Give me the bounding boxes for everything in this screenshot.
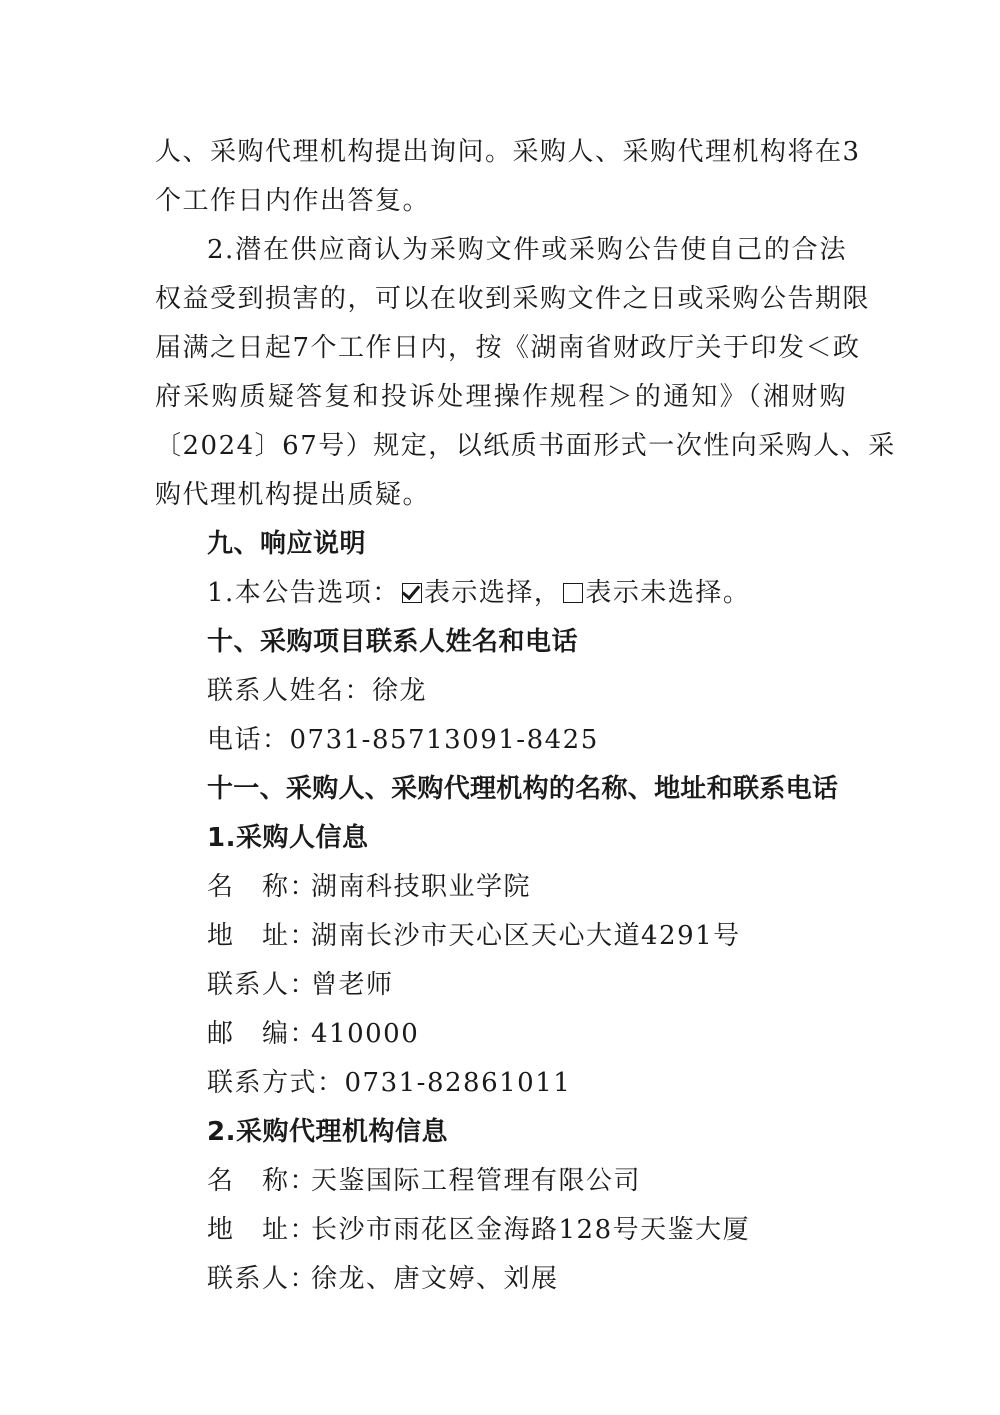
purchaser-postcode: 邮 编：410000 xyxy=(207,1018,907,1050)
option-prefix: 1.本公告选项： xyxy=(207,578,400,608)
paragraph-challenge-line-1: 2.潜在供应商认为采购文件或采购公告使自己的合法 xyxy=(207,234,847,266)
paragraph-inquiry-line-2: 个工作日内作出答复。 xyxy=(155,185,855,217)
agency-info-heading: 2.采购代理机构信息 xyxy=(207,1116,907,1148)
purchaser-info-heading: 1.采购人信息 xyxy=(207,822,907,854)
purchaser-contact: 联系人：曾老师 xyxy=(207,969,907,1001)
unchecked-meaning: 表示未选择。 xyxy=(585,578,750,608)
agency-contact-label: 联系人： xyxy=(207,1263,311,1295)
section-9-item-1: 1.本公告选项：表示选择，表示未选择。 xyxy=(207,577,907,609)
agency-contact: 联系人：徐龙、唐文婷、刘展 xyxy=(207,1263,907,1295)
purchaser-address-value: 湖南长沙市天心区天心大道4291号 xyxy=(311,921,741,951)
agency-name: 名 称：天鉴国际工程管理有限公司 xyxy=(207,1165,907,1197)
document-page: 人、采购代理机构提出询问。采购人、采购代理机构将在3 个工作日内作出答复。 2.… xyxy=(0,0,1000,1415)
purchaser-phone-value: 0731-82861011 xyxy=(345,1068,572,1098)
agency-contact-value: 徐龙、唐文婷、刘展 xyxy=(311,1264,559,1294)
paragraph-challenge-line-6: 购代理机构提出质疑。 xyxy=(155,479,855,511)
section-11-heading: 十一、采购人、采购代理机构的名称、地址和联系电话 xyxy=(207,773,907,805)
purchaser-contact-value: 曾老师 xyxy=(311,970,394,1000)
purchaser-postcode-label: 邮 编： xyxy=(207,1018,311,1050)
purchaser-address: 地 址：湖南长沙市天心区天心大道4291号 xyxy=(207,920,907,952)
checked-meaning: 表示选择， xyxy=(424,578,562,608)
purchaser-name: 名 称：湖南科技职业学院 xyxy=(207,871,907,903)
agency-name-label: 名 称： xyxy=(207,1165,311,1197)
purchaser-phone: 联系方式：0731-82861011 xyxy=(207,1067,907,1099)
paragraph-challenge-line-3: 届满之日起7个工作日内，按《湖南省财政厅关于印发＜政 xyxy=(155,332,847,364)
purchaser-name-label: 名 称： xyxy=(207,871,311,903)
phone-label: 电话： xyxy=(207,725,290,755)
checked-box-icon xyxy=(402,583,422,603)
project-contact-name: 联系人姓名：徐龙 xyxy=(207,675,907,707)
agency-address-label: 地 址： xyxy=(207,1214,311,1246)
unchecked-box-icon xyxy=(563,583,583,603)
project-contact-phone: 电话：0731-85713091-8425 xyxy=(207,724,907,756)
paragraph-challenge-line-2: 权益受到损害的，可以在收到采购文件之日或采购公告期限 xyxy=(155,283,847,315)
purchaser-contact-label: 联系人： xyxy=(207,969,311,1001)
contact-name-label: 联系人姓名： xyxy=(207,676,372,706)
paragraph-inquiry-line-1: 人、采购代理机构提出询问。采购人、采购代理机构将在3 xyxy=(155,136,847,168)
purchaser-address-label: 地 址： xyxy=(207,920,311,952)
agency-address: 地 址：长沙市雨花区金海路128号天鉴大厦 xyxy=(207,1214,907,1246)
purchaser-name-value: 湖南科技职业学院 xyxy=(311,872,531,902)
agency-name-value: 天鉴国际工程管理有限公司 xyxy=(311,1166,641,1196)
section-9-heading: 九、响应说明 xyxy=(207,528,907,560)
contact-name-value: 徐龙 xyxy=(372,676,427,706)
section-10-heading: 十、采购项目联系人姓名和电话 xyxy=(207,626,907,658)
paragraph-challenge-line-4: 府采购质疑答复和投诉处理操作规程＞的通知》（湘财购 xyxy=(155,381,847,413)
phone-value: 0731-85713091-8425 xyxy=(290,725,599,755)
purchaser-phone-label: 联系方式： xyxy=(207,1068,345,1098)
agency-address-value: 长沙市雨花区金海路128号天鉴大厦 xyxy=(311,1215,750,1245)
paragraph-challenge-line-5: 〔2024〕67号）规定，以纸质书面形式一次性向采购人、采 xyxy=(155,430,847,462)
purchaser-postcode-value: 410000 xyxy=(311,1019,419,1049)
